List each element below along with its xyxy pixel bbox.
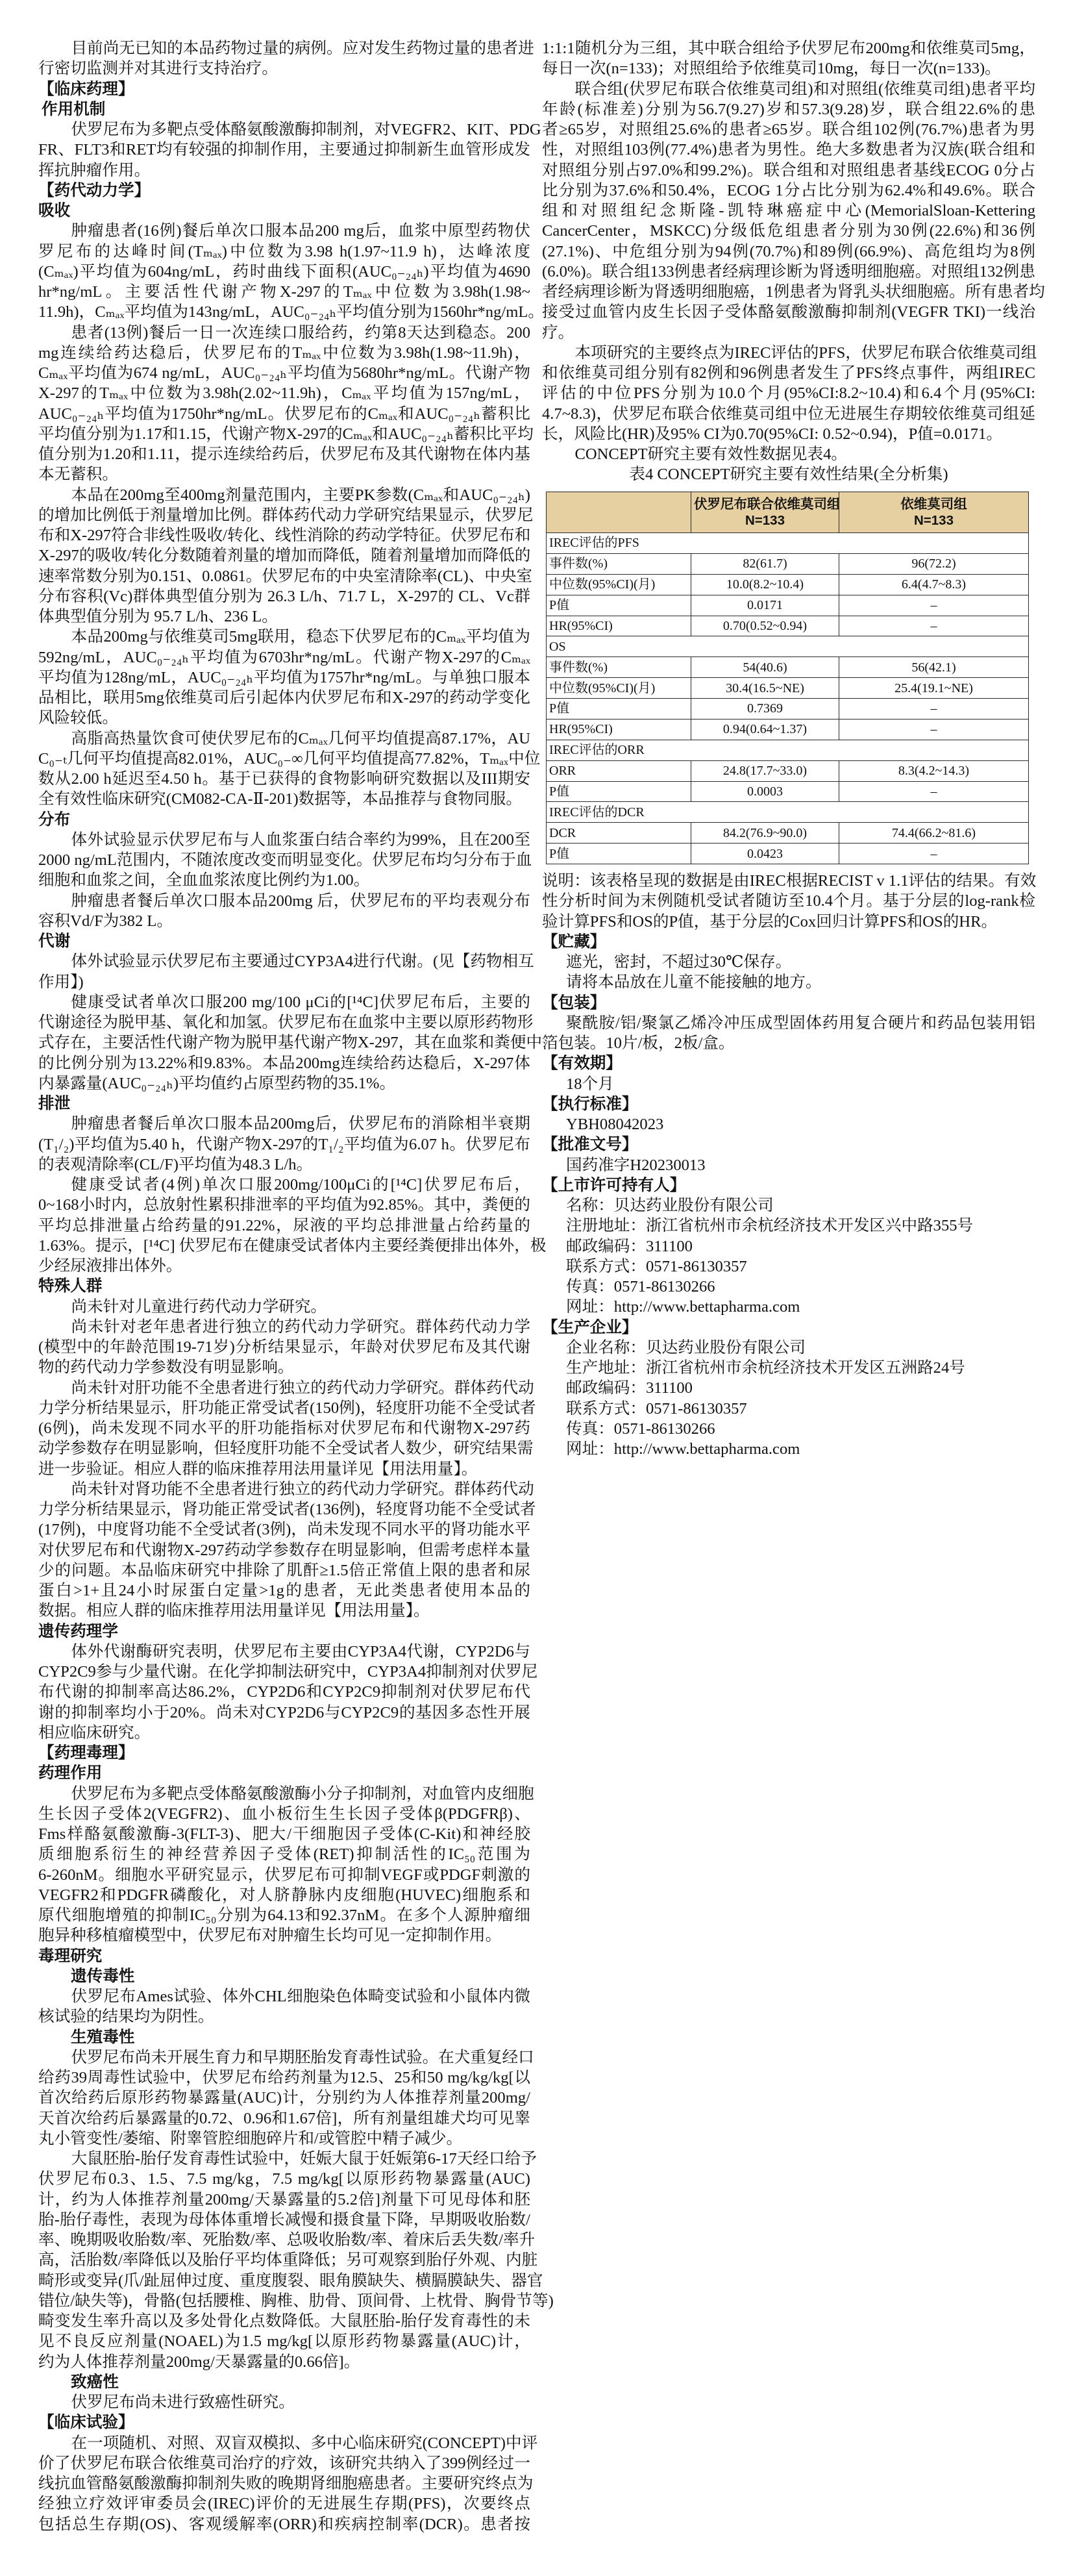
table-row: HR(95%CI) 0.70(0.52~0.94) – (547, 616, 1029, 636)
paragraph: 伏罗尼布尚未开展生育力和早期胚胎发育毒性试验。在犬重复经口 给药39周毒性试验中… (38, 2047, 530, 2149)
text-line: hr*ng/mL。主要活性代谢产物X-297的Tₘₐₓ中位数为3.98h(1.9… (38, 282, 530, 302)
text-line: 6-260nM。细胞水平研究显示，伏罗尼布可抑制VEGF或PDGF刺激的 (38, 1865, 530, 1885)
paragraph: 肿瘤患者餐后单次口服本品200mg后，伏罗尼布的消除相半衰期 (T₁/₂)平均值… (38, 1114, 530, 1175)
text-line: C₀₋ₜ几何平均值提高82.01%，AUC₀₋∞几何平均值提高77.82%，Tₘ… (38, 749, 530, 769)
text-line: 蛋白>1+且24小时尿蛋白定量>1g的患者，无此类患者使用本品的 (38, 1581, 530, 1601)
info-item-fax: 传真：0571-86130266 (542, 1419, 1035, 1439)
text-line: 尚未针对肝功能不全患者进行独立的药代动力学研究。群体药代动 (38, 1378, 530, 1398)
text-line: 尚未针对肾功能不全患者进行独立的药代动力学研究。群体药代动 (38, 1479, 530, 1499)
paragraph: 肿瘤患者餐后单次口服本品200mg 后，伏罗尼布的平均表观分布 容积Vd/F为3… (38, 891, 530, 932)
info-item: 请将本品放在儿童不能接触的地方。 (542, 972, 1035, 992)
table-row-label: 事件数(%) (547, 553, 691, 574)
text-line: 每日一次(n=133)；对照组给予依维莫司10mg，每日一次(n=133)。 (542, 58, 1035, 79)
text-line: 性分析时间为末例随机受试者随访至10.4个月。基于分层的log-rank检 (542, 891, 1035, 911)
text-line: CancerCenter，MSKCC)分级低危组患者分别为30例(22.6%)和… (542, 221, 1035, 241)
table-header-cell-combination: 伏罗尼布联合依维莫司组 N=133 (691, 492, 839, 533)
section-heading: 【贮藏】 (542, 932, 1035, 952)
table-row: P值 0.0171 – (547, 595, 1029, 616)
text-line: 平均值为128ng/mL，AUC₀₋₂₄ₕ平均值为1757hr*ng/mL。与单… (38, 668, 530, 688)
text-line: 健康受试者(4例)单次口服200mg/100μCi的[¹⁴C]伏罗尼布后， (38, 1175, 530, 1195)
text-line: 伏罗尼布Ames试验、体外CHL细胞染色体畸变试验和小鼠体内微 (38, 1986, 530, 2007)
text-line: 值分别为1.20和1.11，提示连续给药后，伏罗尼布及其代谢物在体内基 (38, 444, 530, 464)
text-line: 1.63%。提示，[¹⁴C] 伏罗尼布在健康受试者体内主要经粪便排出体外，极 (38, 1236, 530, 1256)
text-line: 11.9h)，Cₘₐₓ平均值为143ng/mL，AUC₀₋₂₄ₕ平均值分别为15… (38, 302, 530, 322)
subsection-heading: 毒理研究 (38, 1946, 530, 1966)
paragraph-trial-continued: 1:1:1随机分为三组，其中联合组给予伏罗尼布200mg和依维莫司5mg， 每日… (542, 38, 1035, 79)
marketing-authorization-holder-section: 【上市许可持有人】 名称：贝达药业股份有限公司 注册地址：浙江省杭州市余杭经济技… (542, 1175, 1035, 1318)
text-line: 组和对照组纪念斯隆-凯特琳癌症中心(MemorialSloan-Ketterin… (542, 201, 1035, 221)
text-line: 本无蓄积。 (38, 464, 530, 484)
table-section-label: IREC评估的PFS (547, 533, 1029, 554)
text-line: 全有效性临床研究(CM082-CA-Ⅱ-201)数据等，本品推荐与食物同服。 (38, 789, 530, 809)
table-section-row: IREC评估的DCR (547, 802, 1029, 823)
table-row: HR(95%CI) 0.94(0.64~1.37) – (547, 719, 1029, 740)
text-line: 约为人体推荐剂量200mg/天暴露量的0.66倍]。 (38, 2352, 530, 2372)
column-group-name: 依维莫司组 (842, 496, 1026, 512)
text-line: CYP2C9参与少量代谢。在化学抑制法研究中，CYP3A4抑制剂对伏罗尼 (38, 1662, 530, 1682)
text-line: 相应临床研究。 (38, 1723, 530, 1743)
text-line: 丸小管变性/萎缩、附睾管腔细胞碎片和/或管腔中精子减少。 (38, 2129, 530, 2149)
table-row-label: P值 (547, 844, 691, 864)
text-line: 进一步验证。相应人群的临床推荐用法用量详见【用法用量】。 (38, 1459, 530, 1479)
table-cell-combination: 0.7369 (691, 699, 839, 719)
text-line: 联合组(伏罗尼布联合依维莫司组)和对照组(依维莫司组)患者平均 (542, 79, 1035, 99)
text-line: 4.7~8.3)，伏罗尼布联合依维莫司组中位无进展生存期较依维莫司组延 (542, 404, 1035, 424)
text-line: 说明：该表格呈现的数据是由IREC根据RECIST v 1.1评估的结果。有效 (542, 871, 1035, 891)
text-line: 肿瘤患者(16例)餐后单次口服本品200 mg后，血浆中原型药物伏 (38, 221, 530, 241)
text-line: 长，风险比(HR)及95% CI为0.70(95%CI: 0.52~0.94)，… (542, 424, 1035, 444)
table-cell-combination: 24.8(17.7~33.0) (691, 760, 839, 781)
text-line: 聚酰胺/铝/聚氯乙烯冷冲压成型固体药用复合硬片和药品包装用铝 (542, 1013, 1035, 1033)
text-line: 布代谢的抑制率高达86.2%，CYP2D6和CYP2C9抑制剂对伏罗尼布代 (38, 1682, 530, 1702)
text-line: 风险较低。 (38, 708, 530, 728)
info-item-address: 生产地址：浙江省杭州市余杭经济技术开发区五洲路24号 (542, 1358, 1035, 1378)
text-line: 作用】) (38, 972, 530, 992)
table-header-cell-control: 依维莫司组 N=133 (839, 492, 1029, 533)
text-line: 布和X-297符合非线性吸收/转化、线性消除的药动学特征。伏罗尼布和 (38, 525, 530, 545)
table-row-label: 中位数(95%CI)(月) (547, 574, 691, 595)
text-line: CONCEPT研究主要有效性数据见表4。 (542, 444, 1035, 464)
info-item: YBH08042023 (542, 1114, 1035, 1134)
text-line: (6例)，尚未发现不同水平的肝功能指标对伏罗尼布和代谢物X-297药 (38, 1418, 530, 1438)
table-section-row: IREC评估的ORR (547, 740, 1029, 760)
text-line: 目前尚无已知的本品药物过量的病例。应对发生药物过量的患者进 (38, 38, 530, 58)
text-line: 率、晚期吸收胎数/率、死胎数/率、总吸收胎数/率、着床后丢失数/率升 (38, 2230, 530, 2250)
table-row: 事件数(%) 54(40.6) 56(42.1) (547, 657, 1029, 678)
text-line: 少经尿液排出体外。 (38, 1256, 530, 1276)
text-line: 在一项随机、对照、双盲双模拟、多中心临床研究(CONCEPT)中评 (38, 2433, 530, 2453)
text-line: 平均总排泄量占给药量的91.22%，尿液的平均总排泄量占给药量的 (38, 1216, 530, 1236)
text-line: 者经病理诊断为肾透明细胞癌，1例患者为肾乳头状细胞癌。所有患者均 (542, 282, 1035, 302)
text-line: mg连续给药达稳后，伏罗尼布的Tₘₐₓ中位数为3.98h(1.98~11.9h)… (38, 343, 530, 363)
subsection-heading: 排泄 (38, 1094, 530, 1114)
table-cell-control: 6.4(4.7~8.3) (839, 574, 1029, 595)
text-line: 数据。相应人群的临床推荐用法用量详见【用法用量】。 (38, 1601, 530, 1621)
column-group-name: 伏罗尼布联合依维莫司组 (694, 496, 836, 512)
paragraph: 伏罗尼布Ames试验、体外CHL细胞染色体畸变试验和小鼠体内微 核试验的结果均为… (38, 1986, 530, 2027)
table-cell-combination: 0.0171 (691, 595, 839, 616)
text-line: 计，约为人体推荐剂量200mg/天暴露量的5.2倍]剂量下可见母体和胚 (38, 2190, 530, 2210)
text-line: 物的药代动力学参数没有明显影响。 (38, 1357, 530, 1377)
info-item-postcode: 邮政编码：311100 (542, 1236, 1035, 1257)
column-group-n: N=133 (694, 512, 836, 529)
paragraph: 体外试验显示伏罗尼布与人血浆蛋白结合率约为99%，且在200至 2000 ng/… (38, 830, 530, 891)
text-line: (17例)，中度肾功能不全受试者(3例)，尚未发现不同水平的肾功能水平 (38, 1519, 530, 1540)
paragraph: 尚未针对肾功能不全患者进行独立的药代动力学研究。群体药代动 力学分析结果显示，肾… (38, 1479, 530, 1621)
table-note: 说明：该表格呈现的数据是由IREC根据RECIST v 1.1评估的结果。有效 … (542, 871, 1035, 932)
table-cell-control: 25.4(19.1~NE) (839, 678, 1029, 699)
subsection-heading: 作用机制 (38, 99, 530, 119)
paragraph-table-reference: CONCEPT研究主要有效性数据见表4。 (542, 444, 1035, 464)
table-row: P值 0.7369 – (547, 699, 1029, 719)
table-header-row: 伏罗尼布联合依维莫司组 N=133 依维莫司组 N=133 (547, 492, 1029, 533)
right-column: 1:1:1随机分为三组，其中联合组给予伏罗尼布200mg和依维莫司5mg， 每日… (542, 38, 1035, 1459)
paragraph-overdose: 目前尚无已知的本品药物过量的病例。应对发生药物过量的患者进 行密切监测并对其进行… (38, 38, 530, 79)
text-line: (6.0%)。联合组133例患者经病理诊断为肾透明细胞癌。对照组132例患 (542, 262, 1035, 282)
table-row-label: P值 (547, 781, 691, 802)
text-line: 592ng/mL，AUC₀₋₂₄ₕ平均值为6703hr*ng/mL。代谢产物X-… (38, 647, 530, 668)
paragraph: 伏罗尼布为多靶点受体酪氨酸激酶小分子抑制剂，对血管内皮细胞 生长因子受体2(VE… (38, 1784, 530, 1946)
table-row: ORR 24.8(17.7~33.0) 8.3(4.2~14.3) (547, 760, 1029, 781)
text-line: 首次给药后原形药物暴露量(AUC)计，分别约为人体推荐剂量200mg/ (38, 2088, 530, 2108)
text-line: 伏罗尼布为多靶点受体酪氨酸激酶抑制剂，对VEGFR2、KIT、PDG (38, 119, 530, 140)
manufacturer-section: 【生产企业】 企业名称：贝达药业股份有限公司 生产地址：浙江省杭州市余杭经济技术… (542, 1318, 1035, 1460)
text-line: 体外代谢酶研究表明，伏罗尼布主要由CYP3A4代谢，CYP2D6与 (38, 1642, 530, 1662)
subsection-heading: 药理作用 (38, 1763, 530, 1783)
subsection-heading: 代谢 (38, 931, 530, 951)
subsection-heading: 吸收 (38, 201, 530, 221)
text-line: 畸变发生率升高以及多处骨化点数降低。大鼠胚胎-胎仔发育毒性的未 (38, 2311, 530, 2331)
info-item-postcode: 邮政编码：311100 (542, 1378, 1035, 1398)
minor-heading: 遗传毒性 (38, 1966, 530, 1986)
section-heading: 【有效期】 (542, 1053, 1035, 1073)
approval-section: 【批准文号】 国药准字H20230013 (542, 1134, 1035, 1175)
standard-section: 【执行标准】 YBH08042023 (542, 1094, 1035, 1135)
text-line: 性，对照组103例(77.4%)患者为男性。绝大多数患者为汉族(联合组和 (542, 140, 1035, 160)
text-line: 比分别为37.6%和50.4%，ECOG 1分占比分别为62.4%和49.6%。… (542, 181, 1035, 201)
info-item-website: 网址：http://www.bettapharma.com (542, 1439, 1035, 1459)
text-line: 本品在200mg至400mg剂量范围内，主要PK参数(Cₘₐₓ和AUC₀₋₂₄ₕ… (38, 485, 530, 505)
text-line: 接受过血管内皮生长因子受体酪氨酸激酶抑制剂(VEGFR TKI)一线治 (542, 302, 1035, 322)
text-line: 体典型值分别为 95.7 L/h、236 L。 (38, 606, 530, 627)
text-line: 数从2.00 h延迟至4.50 h。基于已获得的食物影响研究数据以及III期安 (38, 769, 530, 789)
subsection-heading: 分布 (38, 810, 530, 830)
text-line: 对伏罗尼布和代谢物X-297药动学参数存在明显影响，但需考虑样本量 (38, 1540, 530, 1560)
text-line: 线抗血管酪氨酸激酶抑制剂失败的晚期肾细胞癌患者。主要研究终点为 (38, 2473, 530, 2494)
text-line: VEGFR2和PDGFR磷酸化，对人脐静脉内皮细胞(HUVEC)细胞系和 (38, 1885, 530, 1905)
text-line: 尚未针对老年患者进行独立的药代动力学研究。群体药代动力学 (38, 1317, 530, 1337)
section-heading: 【临床药理】 (38, 79, 530, 99)
table-cell-combination: 0.94(0.64~1.37) (691, 719, 839, 740)
table-row-label: P值 (547, 595, 691, 616)
text-line: 力学分析结果显示，肝功能正常受试者(150例)，轻度肝功能不全受试者 (38, 1398, 530, 1418)
paragraph: 患者(13例)餐后一日一次连续口服给药，约第8天达到稳态。200 mg连续给药达… (38, 323, 530, 485)
text-line: 验计算PFS和OS的P值，基于分层的Cox回归计算PFS和OS的HR。 (542, 912, 1035, 932)
text-line: 对照组分别占97.0%和99.2%)。联合组和对照组患者基线ECOG 0分占 (542, 160, 1035, 181)
paragraph-demographics: 联合组(伏罗尼布联合依维莫司组)和对照组(依维莫司组)患者平均 年龄(标准差)分… (542, 79, 1035, 343)
text-line: Cₘₐₓ平均值为674 ng/mL，AUC₀₋₂₄ₕ平均值为5680hr*ng/… (38, 363, 530, 383)
table-row-label: HR(95%CI) (547, 719, 691, 740)
table-row: P值 0.0003 – (547, 781, 1029, 802)
table-cell-combination: 0.0423 (691, 844, 839, 864)
paragraph: 健康受试者(4例)单次口服200mg/100μCi的[¹⁴C]伏罗尼布后， 0~… (38, 1175, 530, 1276)
paragraph: 尚未针对肝功能不全患者进行独立的药代动力学研究。群体药代动 力学分析结果显示，肝… (38, 1378, 530, 1479)
info-item-address: 注册地址：浙江省杭州市余杭经济技术开发区兴中路355号 (542, 1216, 1035, 1236)
table-cell-control: – (839, 781, 1029, 802)
text-line: 体外试验显示伏罗尼布主要通过CYP3A4进行代谢。(见【药物相互 (38, 951, 530, 971)
text-line: 容积Vd/F为382 L。 (38, 911, 530, 931)
text-line: 伏罗尼布为多靶点受体酪氨酸激酶小分子抑制剂，对血管内皮细胞 (38, 1784, 530, 1804)
table-cell-combination: 30.4(16.5~NE) (691, 678, 839, 699)
text-line: 伏罗尼布尚未进行致癌性研究。 (38, 2392, 530, 2412)
table-cell-combination: 10.0(8.2~10.4) (691, 574, 839, 595)
table-row: 中位数(95%CI)(月) 10.0(8.2~10.4) 6.4(4.7~8.3… (547, 574, 1029, 595)
text-line: 体外试验显示伏罗尼布与人血浆蛋白结合率约为99%，且在200至 (38, 830, 530, 850)
table-section-row: IREC评估的PFS (547, 533, 1029, 554)
text-line: 经独立疗效评审委员会(IREC)评价的无进展生存期(PFS)，次要终点 (38, 2494, 530, 2514)
paragraph: 体外代谢酶研究表明，伏罗尼布主要由CYP3A4代谢，CYP2D6与 CYP2C9… (38, 1642, 530, 1743)
text-line: 动学参数存在明显影响，但轻度肝功能不全受试者人数少，研究结果需 (38, 1438, 530, 1458)
text-line: 胞异种移植瘤模型中，伏罗尼布对肿瘤生长均可见一定抑制作用。 (38, 1925, 530, 1945)
text-line: 者≥65岁，对照组25.6%的患者≥65岁。联合组102例(76.7%)患者为男 (542, 119, 1035, 140)
text-line: 尚未针对儿童进行药代动力学研究。 (38, 1297, 530, 1317)
section-heading: 【执行标准】 (542, 1094, 1035, 1114)
subsection-heading: 特殊人群 (38, 1276, 530, 1296)
text-line: 错位/缺失等)，骨骼(包括腰椎、胸椎、肋骨、顶间骨、上枕骨、胸骨节等) (38, 2291, 530, 2311)
paragraph: 肿瘤患者(16例)餐后单次口服本品200 mg后，血浆中原型药物伏 罗尼布的达峰… (38, 221, 530, 322)
text-line: 畸形或变异(爪/趾屈伸过度、重度腹裂、眼角膜缺失、横膈膜缺失、器官 (38, 2271, 530, 2291)
paragraph: 本品在200mg至400mg剂量范围内，主要PK参数(Cₘₐₓ和AUC₀₋₂₄ₕ… (38, 485, 530, 627)
table-cell-control: – (839, 699, 1029, 719)
text-line: 给药39周毒性试验中，伏罗尼布给药剂量为12.5、25和50 mg/kg/kg[… (38, 2068, 530, 2088)
text-line: (模型中的年龄范围19-71岁)分析结果显示，年龄对伏罗尼布及其代谢 (38, 1337, 530, 1357)
text-line: 伏罗尼布尚未开展生育力和早期胚胎发育毒性试验。在犬重复经口 (38, 2047, 530, 2068)
info-item-phone: 联系方式：0571-86130357 (542, 1399, 1035, 1419)
table-section-label: OS (547, 636, 1029, 657)
text-line: 原代细胞增殖的抑制IC₅₀分别为64.13和92.37nM。在多个人源肿瘤细 (38, 1905, 530, 1925)
table-section-label: IREC评估的DCR (547, 802, 1029, 823)
paragraph: 体外试验显示伏罗尼布主要通过CYP3A4进行代谢。(见【药物相互 作用】) (38, 951, 530, 992)
table-cell-control: 8.3(4.2~14.3) (839, 760, 1029, 781)
text-line: 分布容积(Vc)群体典型值分别为 26.3 L/h、71.7 L，X-297的 … (38, 586, 530, 606)
text-line: 力学分析结果显示，肾功能正常受试者(136例)，轻度肾功能不全受试者 (38, 1499, 530, 1519)
text-line: 评估的中位PFS分别为10.0个月(95%CI:8.2~10.4)和6.4个月(… (542, 383, 1035, 403)
expiry-section: 【有效期】 18个月 (542, 1053, 1035, 1094)
text-line: 疗。 (542, 323, 1035, 343)
text-line: 谢的抑制率均小于20%。尚未对CYP2D6与CYP2C9的基因多态性开展 (38, 1703, 530, 1723)
section-heading: 【临床试验】 (38, 2412, 530, 2432)
text-line: (27.1%)、中危组分别为94例(70.7%)和89例(66.9%)、高危组均… (542, 242, 1035, 262)
text-line: 和依维莫司组分别有82例和96例患者发生了PFS终点事件，两组IREC (542, 363, 1035, 383)
text-line: X-297的吸收/转化分数随着剂量的增加而降低，随着剂量增加而降低的 (38, 545, 530, 566)
text-line: 质细胞系衍生的神经营养因子受体(RET)抑制活性的IC₅₀范围为 (38, 1844, 530, 1864)
text-line: 代谢途径为脱甲基、氧化和加氢。伏罗尼布在血浆中主要以原形药物形 (38, 1012, 530, 1032)
table-cell-combination: 82(61.7) (691, 553, 839, 574)
text-line: 0~168小时内，总放射性累积排泄率的平均值为92.85%。其中，粪便的 (38, 1195, 530, 1215)
info-item-phone: 联系方式：0571-86130357 (542, 1257, 1035, 1277)
text-line: 本项研究的主要终点为IREC评估的PFS，伏罗尼布联合依维莫司组 (542, 343, 1035, 363)
left-column: 目前尚无已知的本品药物过量的病例。应对发生药物过量的患者进 行密切监测并对其进行… (38, 38, 530, 2534)
paragraph: 大鼠胚胎-胎仔发育毒性试验中，妊娠大鼠于妊娠第6-17天经口给予 伏罗尼布0.3… (38, 2149, 530, 2372)
column-group-n: N=133 (842, 512, 1026, 529)
text-line: 伏罗尼布0.3、1.5、7.5 mg/kg，7.5 mg/kg[以原形药物暴露量… (38, 2169, 530, 2189)
efficacy-table: 伏罗尼布联合依维莫司组 N=133 依维莫司组 N=133 IREC评估的PFS… (546, 492, 1029, 864)
section-heading: 【批准文号】 (542, 1134, 1035, 1155)
paragraph: 伏罗尼布为多靶点受体酪氨酸激酶抑制剂，对VEGFR2、KIT、PDG FR、FL… (38, 119, 530, 181)
text-line: 高脂高热量饮食可使伏罗尼布的Cₘₐₓ几何平均值提高87.17%，AU (38, 729, 530, 749)
text-line: 速率常数分别为0.151、0.0861。伏罗尼布的中央室清除率(CL)、中央室 (38, 566, 530, 586)
text-line: 年龄(标准差)分别为56.7(9.27)岁和57.3(9.28)岁，联合组22.… (542, 99, 1035, 119)
storage-section: 【贮藏】 遮光，密封，不超过30℃保存。 请将本品放在儿童不能接触的地方。 (542, 932, 1035, 993)
text-line: 的表观清除率(CL/F)平均值为48.3 L/h。 (38, 1155, 530, 1175)
minor-heading: 生殖毒性 (38, 2027, 530, 2047)
text-line: (Cₘₐₓ)平均值为604ng/mL，药时曲线下面积(AUC₀₋₂₄ₕ)平均值为… (38, 262, 530, 282)
section-heading: 【药代动力学】 (38, 181, 530, 201)
table-cell-combination: 0.70(0.52~0.94) (691, 616, 839, 636)
table-cell-control: 74.4(66.2~81.6) (839, 823, 1029, 844)
text-line: AUC₀₋₂₄ₕ平均值为1750hr*ng/mL。伏罗尼布的Cₘₐₓ和AUC₀₋… (38, 404, 530, 424)
text-line: 肿瘤患者餐后单次口服本品200mg 后，伏罗尼布的平均表观分布 (38, 891, 530, 911)
subsection-heading: 遗传药理学 (38, 1621, 530, 1642)
info-item-name: 名称：贝达药业股份有限公司 (542, 1195, 1035, 1216)
paragraph: 本品200mg与依维莫司5mg联用，稳态下伏罗尼布的Cₘₐₓ平均值为 592ng… (38, 627, 530, 728)
text-line: (T₁/₂)平均值为5.40 h，代谢产物X-297的T₁/₂平均值为6.07 … (38, 1134, 530, 1155)
info-item-fax: 传真：0571-86130266 (542, 1277, 1035, 1297)
table-cell-combination: 54(40.6) (691, 657, 839, 678)
text-line: 的比例分别为13.22%和9.83%。本品200mg连续给药达稳后，X-297体 (38, 1053, 530, 1073)
table-row-label: DCR (547, 823, 691, 844)
info-item-name: 企业名称：贝达药业股份有限公司 (542, 1338, 1035, 1358)
text-line: 平均值分别为1.17和1.15，代谢产物X-297的Cₘₐₓ和AUC₀₋₂₄ₕ蓄… (38, 424, 530, 444)
text-line: 患者(13例)餐后一日一次连续口服给药，约第8天达到稳态。200 (38, 323, 530, 343)
paragraph: 尚未针对儿童进行药代动力学研究。 (38, 1297, 530, 1317)
text-line: 健康受试者单次口服200 mg/100 μCi的[¹⁴C]伏罗尼布后，主要的 (38, 992, 530, 1012)
text-line: 大鼠胚胎-胎仔发育毒性试验中，妊娠大鼠于妊娠第6-17天经口给予 (38, 2149, 530, 2169)
package-section: 【包装】 聚酰胺/铝/聚氯乙烯冷冲压成型固体药用复合硬片和药品包装用铝 箔包装。… (542, 993, 1035, 1054)
text-line: X-297的Tₘₐₓ中位数为3.98h(2.02~11.9h)，Cₘₐₓ平均值为… (38, 383, 530, 403)
table-cell-control: 96(72.2) (839, 553, 1029, 574)
text-line: 肿瘤患者餐后单次口服本品200mg后，伏罗尼布的消除相半衰期 (38, 1114, 530, 1134)
text-line: 本品200mg与依维莫司5mg联用，稳态下伏罗尼布的Cₘₐₓ平均值为 (38, 627, 530, 647)
text-line: 2000 ng/mL范围内，不随浓度改变而明显变化。伏罗尼布均匀分布于血 (38, 850, 530, 870)
text-line: 天首次给药后暴露量的0.72、0.96和1.67倍]，所有剂量组雄犬均可见睾 (38, 2108, 530, 2129)
text-line: 高，活胎数/率降低以及胎仔平均体重降低；另可观察到胎仔外观、内脏 (38, 2250, 530, 2270)
text-line: 少的问题。本品临床研究中排除了肌酐≥1.5倍正常值上限的患者和尿 (38, 1560, 530, 1581)
minor-heading: 致癌性 (38, 2372, 530, 2392)
table-row-label: 事件数(%) (547, 657, 691, 678)
paragraph: 健康受试者单次口服200 mg/100 μCi的[¹⁴C]伏罗尼布后，主要的 代… (38, 992, 530, 1094)
text-line: 1:1:1随机分为三组，其中联合组给予伏罗尼布200mg和依维莫司5mg， (542, 38, 1035, 58)
paragraph: 尚未针对老年患者进行独立的药代动力学研究。群体药代动力学 (模型中的年龄范围19… (38, 1317, 530, 1378)
paragraph: 伏罗尼布尚未进行致癌性研究。 (38, 2392, 530, 2412)
section-heading: 【药理毒理】 (38, 1743, 530, 1763)
info-item: 遮光，密封，不超过30℃保存。 (542, 952, 1035, 972)
table-cell-control: – (839, 844, 1029, 864)
text-line: 式存在，主要活性代谢产物为脱甲基代谢产物X-297，其在血浆和粪便中 (38, 1032, 530, 1053)
paragraph: 在一项随机、对照、双盲双模拟、多中心临床研究(CONCEPT)中评 价了伏罗尼布… (38, 2433, 530, 2534)
text-line: 见不良反应剂量(NOAEL)为1.5 mg/kg[以原形药物暴露量(AUC)计， (38, 2331, 530, 2351)
text-line: 价了伏罗尼布联合依维莫司治疗的疗效，该研究共纳入了399例经过一 (38, 2453, 530, 2473)
table-cell-control: 56(42.1) (839, 657, 1029, 678)
section-heading: 【上市许可持有人】 (542, 1175, 1035, 1195)
table-row: DCR 84.2(76.9~90.0) 74.4(66.2~81.6) (547, 823, 1029, 844)
table-cell-combination: 84.2(76.9~90.0) (691, 823, 839, 844)
text-line: 核试验的结果均为阴性。 (38, 2007, 530, 2027)
text-line: 胎-胎仔毒性，表现为母体体重增长减慢和摄食量下降，早期吸收胎数/ (38, 2210, 530, 2230)
table-cell-combination: 0.0003 (691, 781, 839, 802)
info-item: 国药准字H20230013 (542, 1155, 1035, 1175)
paragraph-primary-endpoint: 本项研究的主要终点为IREC评估的PFS，伏罗尼布联合依维莫司组 和依维莫司组分… (542, 343, 1035, 444)
table-header-cell-empty (547, 492, 691, 533)
text-line: Fms样酪氨酸激酶-3(FLT-3)、肥大/干细胞因子受体(C-Kit)和神经胶 (38, 1824, 530, 1844)
text-line: 生长因子受体2(VEGFR2)、血小板衍生生长因子受体β(PDGFRβ)、 (38, 1804, 530, 1824)
info-item: 18个月 (542, 1074, 1035, 1094)
table-row-label: ORR (547, 760, 691, 781)
text-line: 包括总生存期(OS)、客观缓解率(ORR)和疾病控制率(DCR)。患者按 (38, 2514, 530, 2534)
table-section-row: OS (547, 636, 1029, 657)
text-line: 的增加比例低于剂量增加比例。群体药代动力学研究结果显示，伏罗尼 (38, 505, 530, 525)
table-row: 中位数(95%CI)(月) 30.4(16.5~NE) 25.4(19.1~NE… (547, 678, 1029, 699)
text-line: FR、FLT3和RET均有较强的抑制作用，主要通过抑制新生血管形成发 (38, 140, 530, 160)
paragraph: 高脂高热量饮食可使伏罗尼布的Cₘₐₓ几何平均值提高87.17%，AU C₀₋ₜ几… (38, 729, 530, 810)
info-item-website: 网址：http://www.bettapharma.com (542, 1297, 1035, 1317)
table-cell-control: – (839, 719, 1029, 740)
table-cell-control: – (839, 595, 1029, 616)
text-line: 品相比，联用5mg依维莫司后引起体内伏罗尼布和X-297的药动学变化 (38, 688, 530, 708)
text-line: 行密切监测并对其进行支持治疗。 (38, 58, 530, 79)
table-cell-control: – (839, 616, 1029, 636)
table-caption: 表4 CONCEPT研究主要有效性结果(全分析集) (542, 464, 1035, 484)
table-row-label: HR(95%CI) (547, 616, 691, 636)
table-row: 事件数(%) 82(61.7) 96(72.2) (547, 553, 1029, 574)
text-line: 罗尼布的达峰时间(Tₘₐₓ)中位数为3.98 h(1.97~11.9 h)，达峰… (38, 242, 530, 262)
table-row-label: 中位数(95%CI)(月) (547, 678, 691, 699)
text-line: 内暴露量(AUC₀₋₂₄ₕ)平均值约占原型药物的35.1%。 (38, 1073, 530, 1094)
text-line: 箔包装。10片/板，2板/盒。 (542, 1033, 1035, 1053)
table-row: P值 0.0423 – (547, 844, 1029, 864)
drug-label-page: 目前尚无已知的本品药物过量的病例。应对发生药物过量的患者进 行密切监测并对其进行… (0, 0, 1073, 2576)
text-line: 细胞和血浆之间，全血血浆浓度比例约为1.00。 (38, 870, 530, 890)
section-heading: 【生产企业】 (542, 1318, 1035, 1338)
table-section-label: IREC评估的ORR (547, 740, 1029, 760)
section-heading: 【包装】 (542, 993, 1035, 1013)
table-row-label: P值 (547, 699, 691, 719)
text-line: 挥抗肿瘤作用。 (38, 160, 530, 181)
